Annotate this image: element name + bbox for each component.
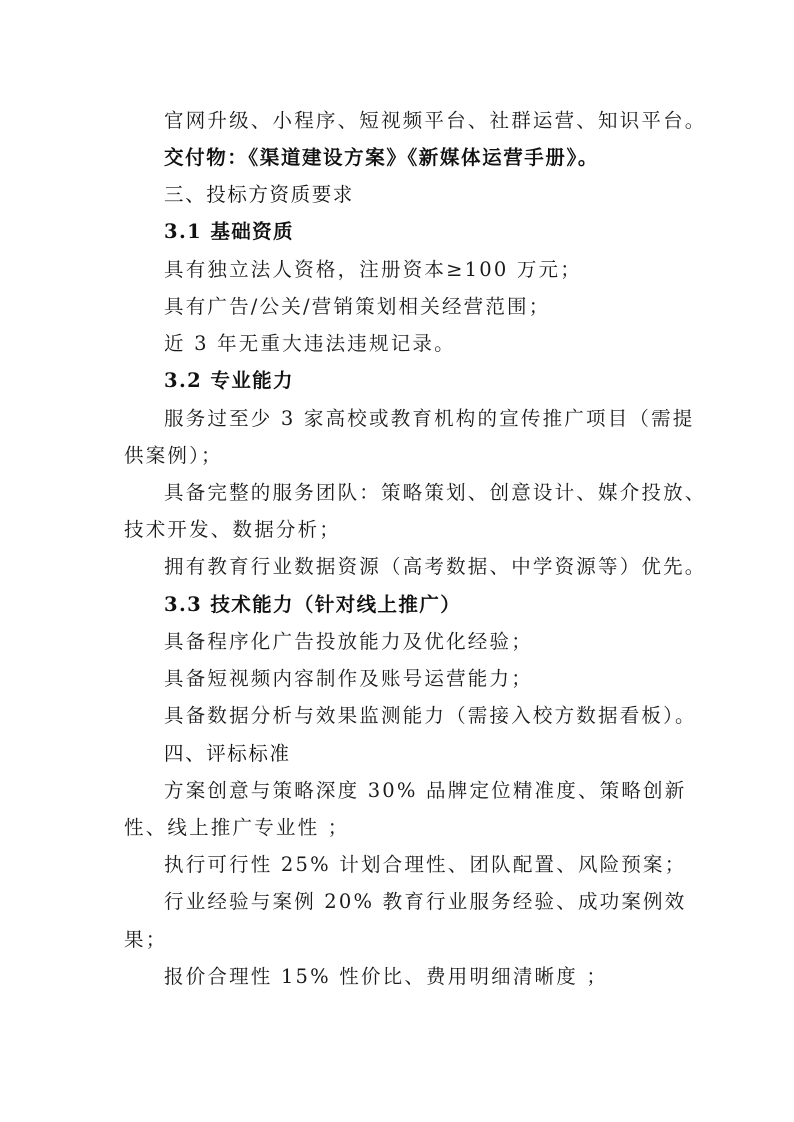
subheading-technical-ability: 3.3 技术能力（针对线上推广）	[164, 592, 684, 618]
text-line: 具备程序化广告投放能力及优化经验；	[164, 629, 684, 655]
criteria-line: 执行可行性 25% 计划合理性、团队配置、风险预案；	[164, 852, 684, 878]
subheading-basic-qualifications: 3.1 基础资质	[164, 219, 684, 245]
section-heading-qualifications: 三、投标方资质要求	[164, 182, 684, 208]
criteria-line-continued: 性、线上推广专业性 ；	[124, 815, 684, 841]
document-page: 官网升级、小程序、短视频平台、社群运营、知识平台。 交付物：《渠道建设方案》《新…	[0, 0, 794, 1122]
subheading-professional-ability: 3.2 专业能力	[164, 368, 684, 394]
criteria-line: 方案创意与策略深度 30% 品牌定位精准度、策略创新	[164, 778, 684, 804]
text-line-continued: 技术开发、数据分析；	[124, 517, 684, 543]
text-line: 具备短视频内容制作及账号运营能力；	[164, 666, 684, 692]
text-line-channels: 官网升级、小程序、短视频平台、社群运营、知识平台。	[164, 108, 684, 134]
text-line: 近 3 年无重大违法违规记录。	[164, 331, 684, 357]
deliverables-line: 交付物：《渠道建设方案》《新媒体运营手册》。	[164, 145, 684, 171]
text-line: 具备数据分析与效果监测能力（需接入校方数据看板）。	[164, 703, 684, 729]
text-line: 服务过至少 3 家高校或教育机构的宣传推广项目（需提	[164, 406, 684, 432]
criteria-line: 行业经验与案例 20% 教育行业服务经验、成功案例效	[164, 889, 684, 915]
criteria-line: 报价合理性 15% 性价比、费用明细清晰度 ；	[164, 964, 684, 990]
criteria-line-continued: 果；	[124, 927, 684, 953]
text-line: 拥有教育行业数据资源（高考数据、中学资源等）优先。	[164, 554, 684, 580]
text-line-continued: 供案例）；	[124, 443, 684, 469]
section-heading-evaluation-criteria: 四、评标标准	[164, 741, 684, 767]
text-line: 具备完整的服务团队：策略策划、创意设计、媒介投放、	[164, 480, 684, 506]
text-line: 具有广告/公关/营销策划相关经营范围；	[164, 294, 684, 320]
text-line: 具有独立法人资格，注册资本≥100 万元；	[164, 257, 684, 283]
